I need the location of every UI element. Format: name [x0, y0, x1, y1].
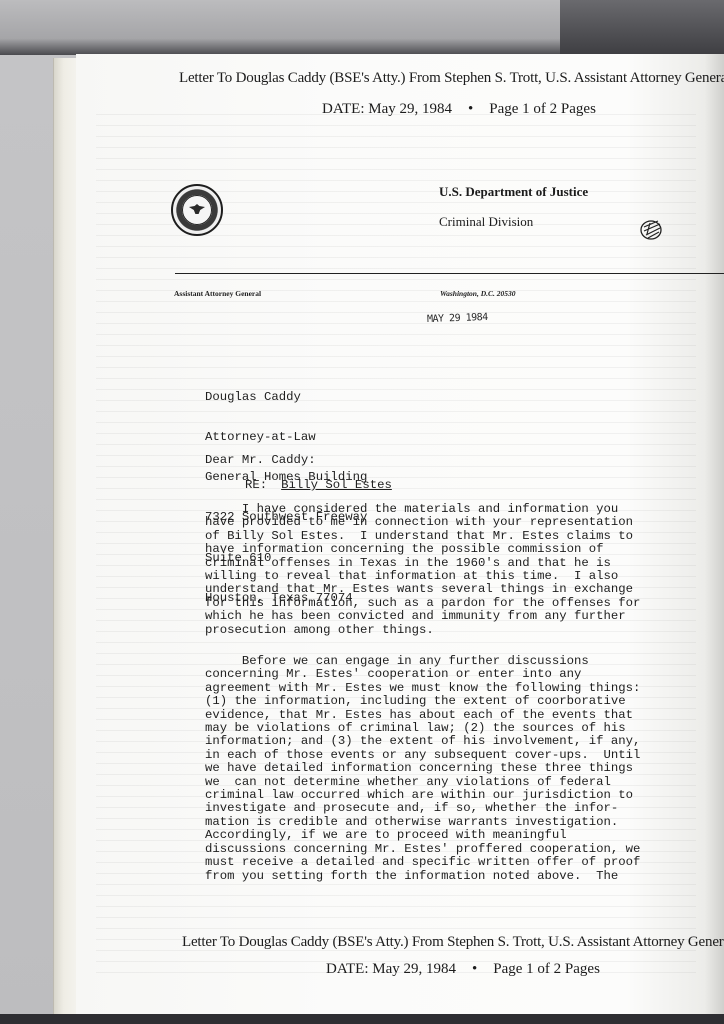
header-banner-title: Letter To Douglas Caddy (BSE's Atty.) Fr… — [179, 70, 724, 87]
footer-page-count: Page 1 of 2 Pages — [493, 961, 600, 977]
separator-dot: • — [468, 101, 473, 118]
header-page-count: Page 1 of 2 Pages — [489, 101, 596, 117]
footer-date: DATE: May 29, 1984 — [326, 961, 456, 977]
doj-seal-icon — [171, 184, 223, 236]
handwritten-mark-icon — [638, 215, 666, 243]
body-paragraph-2: Before we can engage in any further disc… — [205, 655, 640, 883]
subject-label: RE: — [245, 478, 267, 492]
received-date-stamp: MAY 29 1984 — [427, 312, 488, 325]
subject-text: Billy Sol Estes — [281, 478, 392, 492]
footer-banner-dateline: DATE: May 29, 1984•Page 1 of 2 Pages — [326, 961, 724, 978]
letterhead-divider — [175, 273, 724, 274]
division-name: Criminal Division — [439, 214, 533, 230]
address-line: Douglas Caddy — [205, 391, 367, 404]
page-stack-edge — [53, 58, 78, 1018]
separator-dot: • — [472, 961, 477, 978]
address-line: Attorney-at-Law — [205, 431, 367, 444]
department-name: U.S. Department of Justice — [439, 184, 588, 200]
header-banner-dateline: DATE: May 29, 1984•Page 1 of 2 Pages — [322, 101, 724, 118]
eagle-icon — [189, 204, 205, 214]
subject-line: RE:Billy Sol Estes — [245, 479, 392, 492]
header-date: DATE: May 29, 1984 — [322, 101, 452, 117]
office-title: Assistant Attorney General — [174, 289, 261, 298]
footer-banner-title: Letter To Douglas Caddy (BSE's Atty.) Fr… — [182, 934, 724, 951]
salutation: Dear Mr. Caddy: — [205, 454, 316, 467]
seal-inner-ring — [182, 195, 212, 225]
office-location: Washington, D.C. 20530 — [440, 289, 516, 298]
body-paragraph-1: I have considered the materials and info… — [205, 503, 640, 637]
scan-background-bottom — [0, 1014, 724, 1024]
scan-background-shadow — [560, 0, 724, 55]
